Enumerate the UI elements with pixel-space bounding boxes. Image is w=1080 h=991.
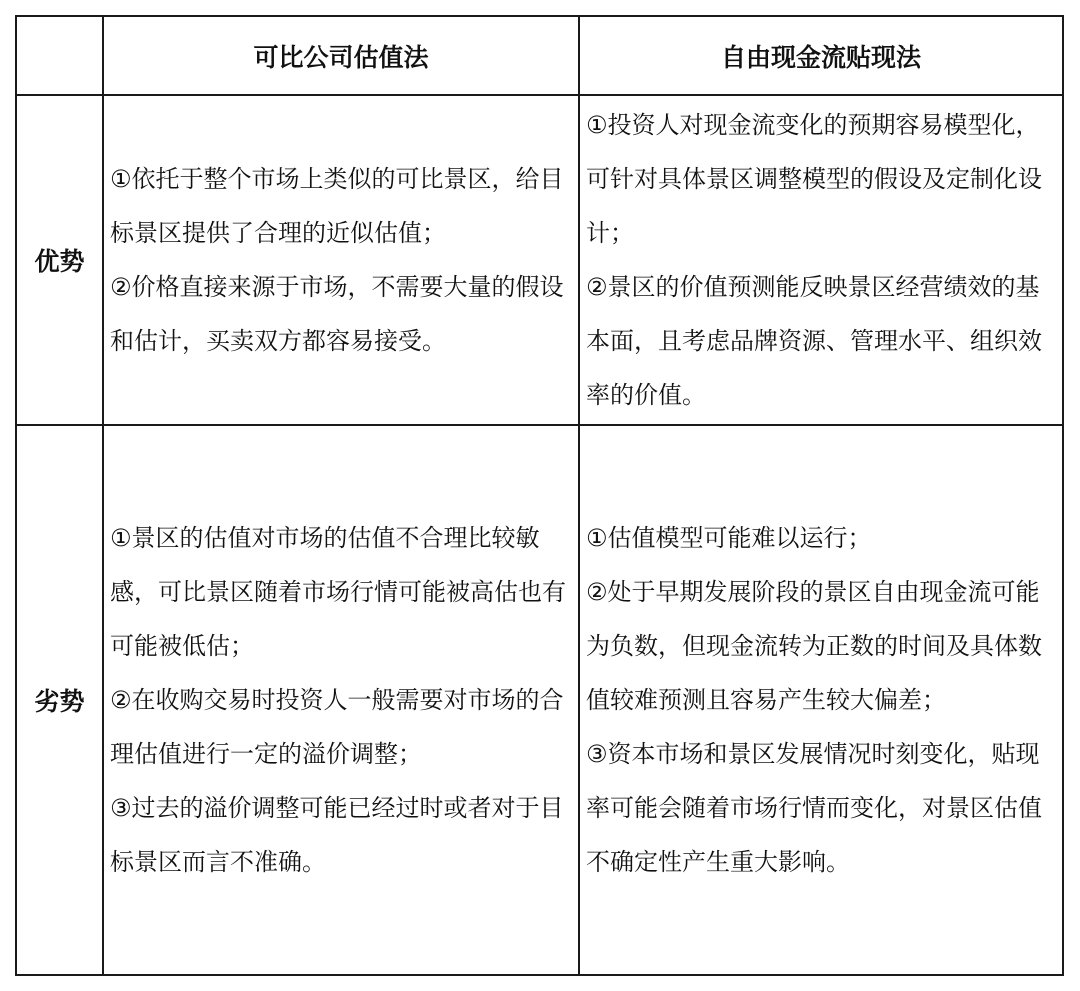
row-label-disadvantages: 劣势 [16,425,103,975]
advantages-comparable-cell: ①依托于整个市场上类似的可比景区，给目标景区提供了合理的近似估值； ②价格直接来… [103,95,579,425]
header-comparable-company: 可比公司估值法 [103,16,579,95]
disadvantages-dcf-cell: ①估值模型可能难以运行； ②处于早期发展阶段的景区自由现金流可能为负数，但现金流… [579,425,1063,975]
list-item: ①估值模型可能难以运行； [586,511,1058,565]
corner-cell [16,16,103,95]
header-row: 可比公司估值法 自由现金流贴现法 [16,16,1063,95]
row-label-advantages: 优势 [16,95,103,425]
header-dcf: 自由现金流贴现法 [579,16,1063,95]
list-item: ②价格直接来源于市场，不需要大量的假设和估计，买卖双方都容易接受。 [110,260,574,368]
list-item: ③资本市场和景区发展情况时刻变化，贴现率可能会随着市场行情而变化，对景区估值不确… [586,727,1058,889]
valuation-comparison-table: 可比公司估值法 自由现金流贴现法 优势 ①依托于整个市场上类似的可比景区，给目标… [15,15,1064,976]
list-item: ②在收购交易时投资人一般需要对市场的合理估值进行一定的溢价调整； [110,673,574,781]
table-row-disadvantages: 劣势 ①景区的估值对市场的估值不合理比较敏感，可比景区随着市场行情可能被高估也有… [16,425,1063,975]
disadvantages-comparable-cell: ①景区的估值对市场的估值不合理比较敏感，可比景区随着市场行情可能被高估也有可能被… [103,425,579,975]
list-item: ③过去的溢价调整可能已经过时或者对于目标景区而言不准确。 [110,781,574,889]
table-row-advantages: 优势 ①依托于整个市场上类似的可比景区，给目标景区提供了合理的近似估值； ②价格… [16,95,1063,425]
advantages-dcf-cell: ①投资人对现金流变化的预期容易模型化，可针对具体景区调整模型的假设及定制化设计；… [579,95,1063,425]
list-item: ②处于早期发展阶段的景区自由现金流可能为负数，但现金流转为正数的时间及具体数值较… [586,565,1058,727]
list-item: ①景区的估值对市场的估值不合理比较敏感，可比景区随着市场行情可能被高估也有可能被… [110,511,574,673]
list-item: ①依托于整个市场上类似的可比景区，给目标景区提供了合理的近似估值； [110,152,574,260]
list-item: ②景区的价值预测能反映景区经营绩效的基本面，且考虑品牌资源、管理水平、组织效率的… [586,260,1058,422]
list-item: ①投资人对现金流变化的预期容易模型化，可针对具体景区调整模型的假设及定制化设计； [586,98,1058,260]
